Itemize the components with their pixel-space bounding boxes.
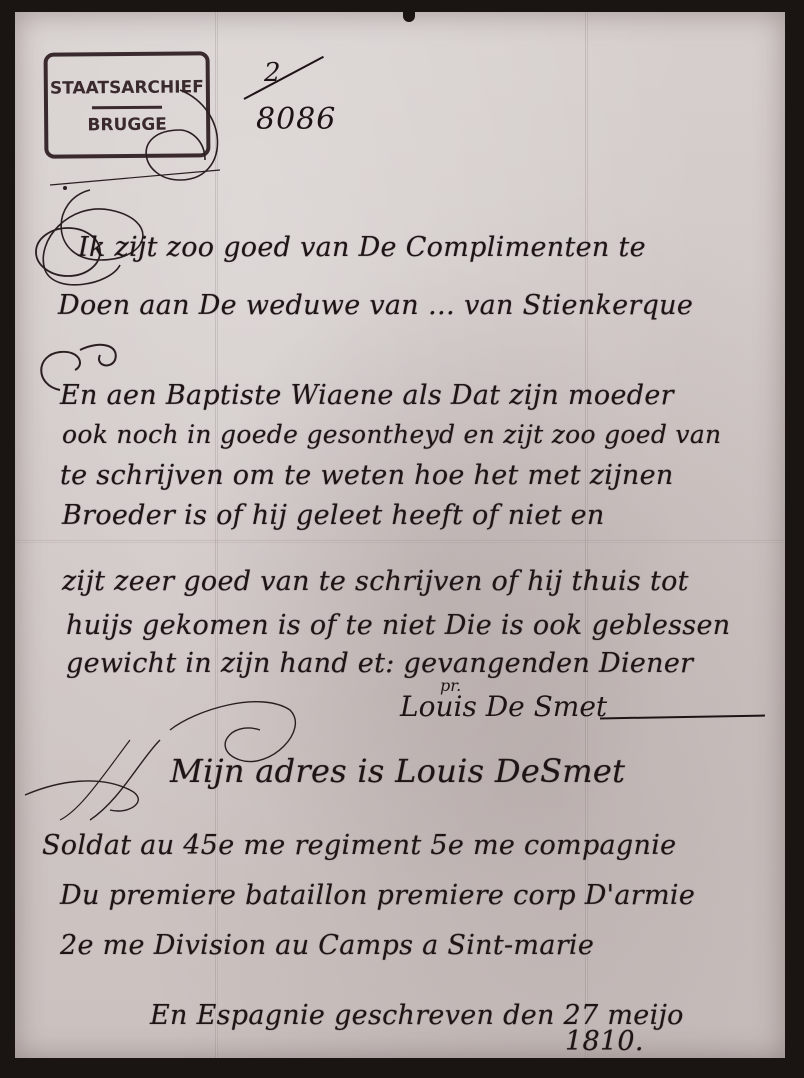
- stamp-bottom-text: BRUGGE: [48, 114, 206, 135]
- stamp-top-text: STAATSARCHIEF: [48, 77, 206, 98]
- letter-line-4: ook noch in goede gesontheyd en zijt zoo…: [62, 420, 721, 449]
- letter-line-6: Broeder is of hij geleet heeft of niet e…: [62, 500, 605, 531]
- letter-line-2-text: Doen aan De weduwe van … van Stienkerque: [58, 290, 693, 321]
- letter-line-9: gewicht in zijn hand et: gevangenden Die…: [66, 648, 693, 679]
- letter-line-7: zijt zeer goed van te schrijven of hij t…: [62, 566, 689, 597]
- letter-line-2: Doen aan De weduwe van … van Stienkerque: [58, 290, 693, 321]
- archive-number: 2 8086: [240, 56, 350, 146]
- archive-number-slash: [244, 56, 324, 100]
- letter-line-5: te schrijven om te weten hoe het met zij…: [60, 460, 674, 491]
- letter-line-8: huijs gekomen is of te niet Die is ook g…: [66, 610, 730, 641]
- address-date-year: 1810.: [565, 1026, 644, 1057]
- letter-line-3: En aen Baptiste Wiaene als Dat zijn moed…: [60, 380, 674, 411]
- fold-line-horizontal: [15, 540, 785, 543]
- letter-line-1: Ik zijt zoo goed van De Complimenten te: [78, 232, 646, 263]
- address-line-4: 2e me Division au Camps a Sint-marie: [60, 930, 594, 961]
- archive-stamp: STAATSARCHIEF BRUGGE: [44, 51, 211, 158]
- stamp-divider: [92, 106, 162, 110]
- address-line-1: Mijn adres is Louis DeSmet: [170, 752, 625, 790]
- signature-name: Louis De Smet: [400, 690, 607, 723]
- address-line-3: Du premiere bataillon premiere corp D'ar…: [60, 880, 695, 911]
- archive-number-denominator: 8086: [256, 102, 336, 137]
- address-line-2: Soldat au 45e me regiment 5e me compagni…: [42, 830, 676, 861]
